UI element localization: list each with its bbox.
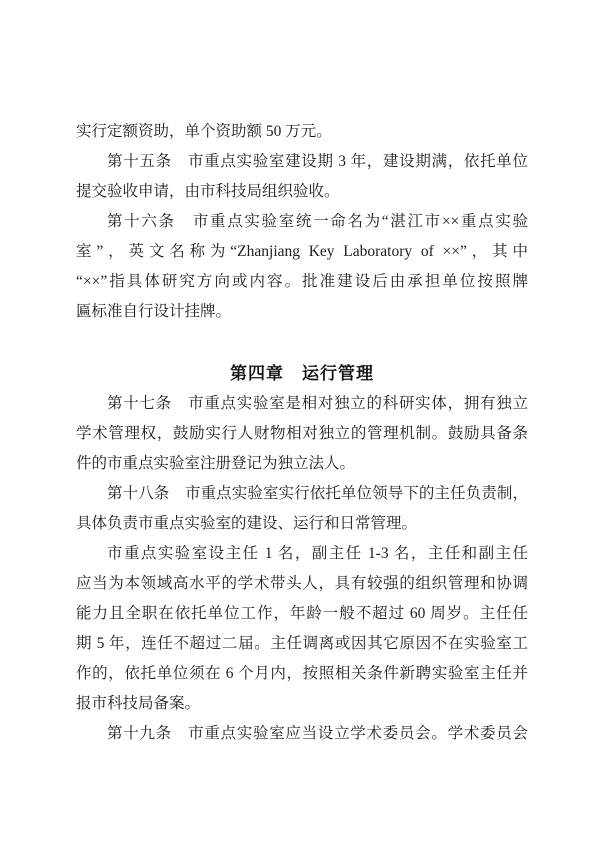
text-line: 匾标准自行设计挂牌。	[76, 297, 528, 327]
paragraph: 第十五条 市重点实验室建设期 3 年，建设期满，依托单位提交验收申请，由市科技局…	[76, 147, 528, 207]
document-content: 实行定额资助，单个资助额 50 万元。第十五条 市重点实验室建设期 3 年，建设…	[76, 117, 528, 749]
text-line: 能力且全职在依托单位工作，年龄一般不超过 60 周岁。主任任	[76, 599, 528, 629]
paragraph: 第十六条 市重点实验室统一命名为“湛江市××重点实验室”，英文名称为“Zhanj…	[76, 207, 528, 327]
paragraph: 第十七条 市重点实验室是相对独立的科研实体，拥有独立学术管理权，鼓励实行人财物相…	[76, 389, 528, 479]
text-line: 第十五条 市重点实验室建设期 3 年，建设期满，依托单位	[76, 147, 528, 177]
document-page: 实行定额资助，单个资助额 50 万元。第十五条 市重点实验室建设期 3 年，建设…	[0, 0, 601, 850]
paragraph: 第十九条 市重点实验室应当设立学术委员会。学术委员会	[76, 719, 528, 749]
text-line: 报市科技局备案。	[76, 689, 528, 719]
text-line: 件的市重点实验室注册登记为独立法人。	[76, 449, 528, 479]
text-line: 学术管理权，鼓励实行人财物相对独立的管理机制。鼓励具备条	[76, 419, 528, 449]
text-line: 室”，英文名称为“Zhanjiang Key Laboratory of ××”…	[76, 237, 528, 267]
paragraph: 市重点实验室设主任 1 名，副主任 1-3 名，主任和副主任应当为本领域高水平的…	[76, 539, 528, 719]
paragraph: 第十八条 市重点实验室实行依托单位领导下的主任负责制，具体负责市重点实验室的建设…	[76, 479, 528, 539]
text-line: 期 5 年，连任不超过二届。主任调离或因其它原因不在实验室工	[76, 629, 528, 659]
text-line: 第十六条 市重点实验室统一命名为“湛江市××重点实验	[76, 207, 528, 237]
text-line: 第十七条 市重点实验室是相对独立的科研实体，拥有独立	[76, 389, 528, 419]
chapter-heading: 第四章 运行管理	[76, 359, 528, 389]
text-line: 应当为本领域高水平的学术带头人，具有较强的组织管理和协调	[76, 569, 528, 599]
text-line: 提交验收申请，由市科技局组织验收。	[76, 177, 528, 207]
text-line: “××”指具体研究方向或内容。批准建设后由承担单位按照牌	[76, 267, 528, 297]
text-line: 第十九条 市重点实验室应当设立学术委员会。学术委员会	[76, 719, 528, 749]
text-line: 市重点实验室设主任 1 名，副主任 1-3 名，主任和副主任	[76, 539, 528, 569]
text-line: 具体负责市重点实验室的建设、运行和日常管理。	[76, 509, 528, 539]
text-line: 作的，依托单位须在 6 个月内，按照相关条件新聘实验室主任并	[76, 659, 528, 689]
text-line: 第十八条 市重点实验室实行依托单位领导下的主任负责制，	[76, 479, 528, 509]
paragraph: 实行定额资助，单个资助额 50 万元。	[76, 117, 528, 147]
text-line: 实行定额资助，单个资助额 50 万元。	[76, 117, 528, 147]
